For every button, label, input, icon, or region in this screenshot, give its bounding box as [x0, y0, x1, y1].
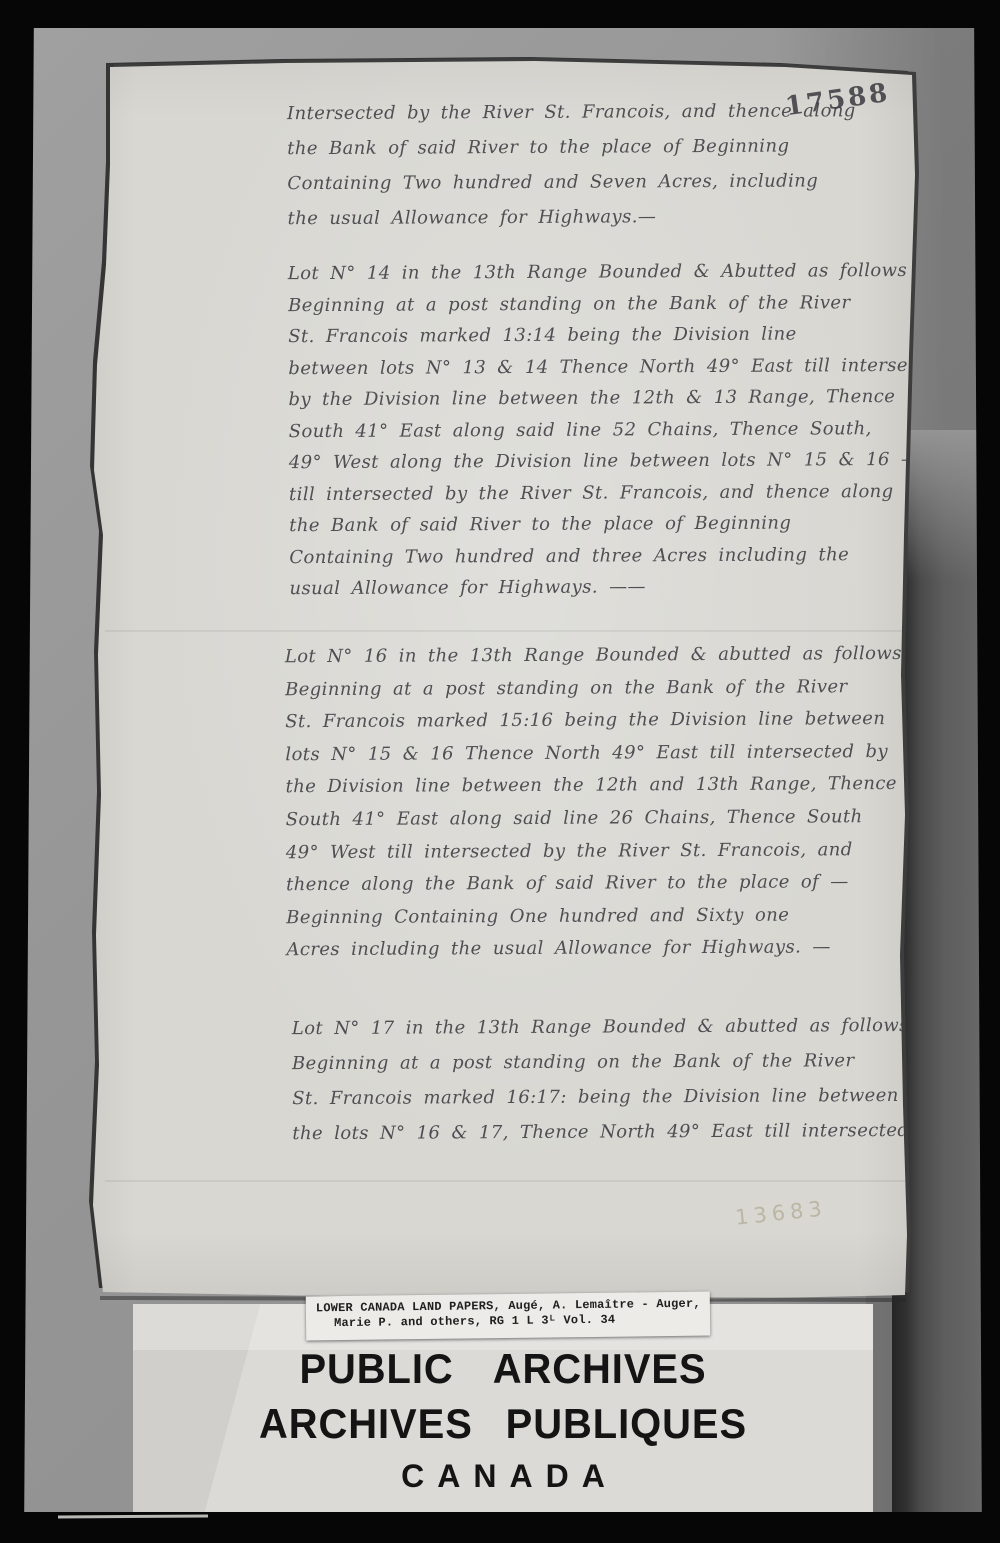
handwritten-line: Beginning at a post standing on the Bank…	[288, 286, 936, 321]
paragraph-lot17: Lot N° 17 in the 13th Range Bounded & ab…	[292, 1008, 941, 1151]
handwritten-line: St. Francois marked 13:14 being the Divi…	[288, 318, 936, 353]
handwritten-line: Beginning at a post standing on the Bank…	[285, 670, 933, 706]
catalog-label-line2: Marie P. and others, RG 1 L 3ᴸ Vol. 34	[334, 1312, 704, 1332]
paragraph-lot16: Lot N° 16 in the 13th Range Bounded & ab…	[285, 638, 935, 967]
handwritten-line: South 41° East along said line 26 Chains…	[286, 801, 934, 837]
handwritten-line: Acres including the usual Allowance for …	[286, 931, 934, 967]
handwritten-line: St. Francois marked 16:17: being the Div…	[292, 1078, 940, 1116]
handwritten-line: Containing Two hundred and Seven Acres, …	[287, 163, 935, 201]
handwritten-line: thence along the Bank of said River to t…	[286, 866, 934, 902]
handwritten-line: Lot N° 14 in the 13th Range Bounded & Ab…	[288, 255, 936, 290]
handwritten-line: the Bank of said River to the place of B…	[289, 507, 937, 542]
handwritten-text: Intersected by the River St. Francois, a…	[82, 53, 949, 1307]
handwritten-line: South 41° East along said line 52 Chains…	[289, 412, 937, 447]
handwritten-line: 49° West till intersected by the River S…	[286, 833, 934, 869]
archives-card-line-canada: CANADA	[133, 1460, 873, 1492]
manuscript-page: 17588 Intersected by the River St. Franc…	[85, 55, 945, 1305]
catalog-label: LOWER CANADA LAND PAPERS, Augé, A. Lemaî…	[306, 1292, 711, 1341]
handwritten-line: Lot N° 16 in the 13th Range Bounded & ab…	[285, 638, 933, 674]
archives-card-line-english: PUBLIC ARCHIVES	[152, 1348, 855, 1390]
handwritten-line: the usual Allowance for Highways.—	[287, 198, 935, 236]
handwritten-line: the lots N° 16 & 17, Thence North 49° Ea…	[292, 1113, 940, 1151]
handwritten-line: till intersected by the River St. Franco…	[289, 475, 937, 510]
handwritten-line: usual Allowance for Highways. ——	[289, 570, 937, 605]
handwritten-line: Lot N° 17 in the 13th Range Bounded & ab…	[292, 1008, 940, 1046]
handwritten-line: by the Division line between the 12th & …	[288, 381, 936, 416]
handwritten-line: between lots N° 13 & 14 Thence North 49°…	[288, 349, 936, 384]
handwritten-line: Beginning Containing One hundred and Six…	[286, 899, 934, 935]
handwritten-line: Containing Two hundred and three Acres i…	[289, 538, 937, 573]
handwritten-line: lots N° 15 & 16 Thence North 49° East ti…	[285, 736, 933, 772]
handwritten-line: the Division line between the 12th and 1…	[285, 768, 933, 804]
handwritten-line: the Bank of said River to the place of B…	[287, 128, 935, 166]
handwritten-line: 49° West along the Division line between…	[289, 444, 937, 479]
handwritten-line: Beginning at a post standing on the Bank…	[292, 1043, 940, 1081]
handwritten-line: Intersected by the River St. Francois, a…	[287, 93, 935, 131]
paragraph-lot14: Lot N° 14 in the 13th Range Bounded & Ab…	[288, 255, 938, 605]
archives-card-line-french: ARCHIVES PUBLIQUES	[152, 1403, 855, 1445]
archival-photograph: 17588 Intersected by the River St. Franc…	[0, 0, 1000, 1543]
film-frame-top	[0, 0, 1000, 28]
paragraph-lot13-conclusion: Intersected by the River St. Francois, a…	[287, 93, 936, 236]
handwritten-line: St. Francois marked 15:16 being the Divi…	[285, 703, 933, 739]
